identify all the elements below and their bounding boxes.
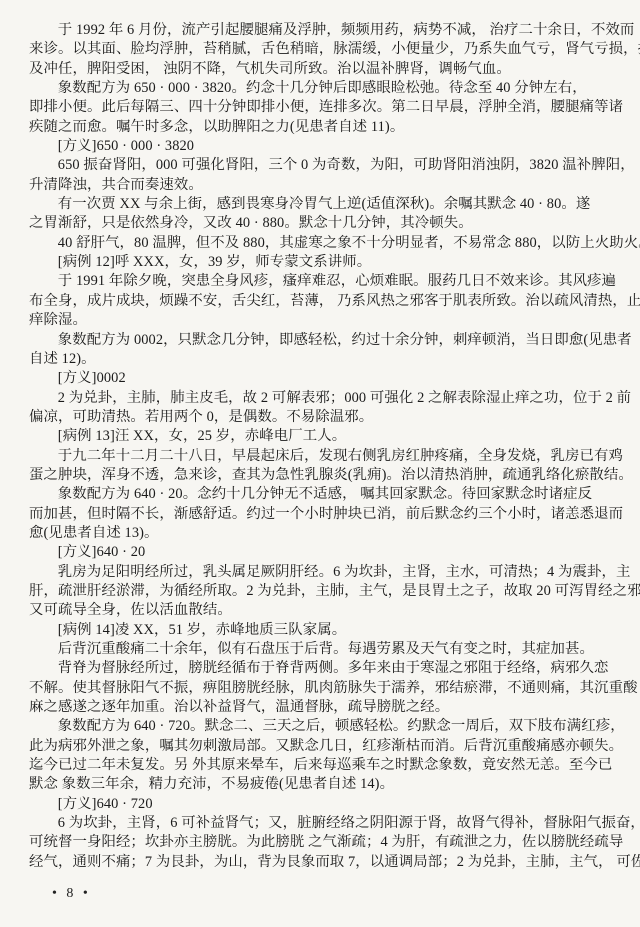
text-line: 之胃渐舒，只是依然身冷，又改 40 · 880。默念十几分钟，其冷顿失。: [29, 214, 619, 233]
text-line: 乳房为足阳明经所过，乳头属足厥阴肝经。6 为坎卦，主肾，主水，可清热；4 为震卦…: [29, 563, 619, 582]
text-line: [病例 13]汪 XX，女，25 岁，赤峰电厂工人。: [29, 427, 619, 446]
text-line: 又可疏导全身，佐以活血散结。: [29, 601, 619, 620]
text-line: 于九二年十二月二十八日，早晨起床后，发现右侧乳房红肿疼痛，全身发烧，乳房已有鸡: [29, 447, 619, 466]
text-line: 有一次贾 XX 与余上街，感到畏寒身冷胃气上逆(适值深秋)。余嘱其默念 40 ·…: [29, 195, 619, 214]
text-line: [方义]650 · 000 · 3820: [29, 137, 619, 156]
text-line: 象数配方为 640 · 720。默念二、三天之后，顿感轻松。约默念一周后，双下肢…: [29, 717, 619, 736]
text-line: 肝，疏泄肝经淤滞，为循经所取。2 为兑卦，主肺，主气，是艮胃土之子，故取 20 …: [29, 582, 619, 601]
text-line: 象数配方为 650 · 000 · 3820。约念十几分钟后即感眼睑松弛。待念至…: [29, 79, 619, 98]
text-line: 疾随之而愈。嘱午时多念，以助脾阳之力(见患者自述 11)。: [29, 118, 619, 137]
text-line: 背脊为督脉经所过，膀胱经循布于脊背两侧。多年来由于寒湿之邪阻于经络，病邪久恋: [29, 659, 619, 678]
text-line: 6 为坎卦，主肾，6 可补益肾气；又，脏腑经络之阴阳源于肾，故肾气得补，督脉阳气…: [29, 814, 619, 833]
scanned-book-page: 于 1992 年 6 月份，流产引起腰腿痛及浮肿，频频用药，病势不减， 治疗二十…: [0, 0, 640, 927]
text-line: 650 振奋肾阳，000 可强化肾阳，三个 0 为奇数，为阳，可助肾阳消浊阴，3…: [29, 156, 619, 175]
text-line: 而加甚，但时隔不长，渐感舒适。约过一个小时肿块已消，前后默念约三个小时，诸恙悉退…: [29, 505, 619, 524]
text-line: 愈(见患者自述 13)。: [29, 524, 619, 543]
text-line: [方义]0002: [29, 369, 619, 388]
page-number: • 8 •: [52, 886, 91, 902]
text-line: 象数配方为 0002，只默念几分钟，即感轻松，约过十余分钟，刺痒顿消，当日即愈(…: [29, 331, 619, 350]
text-line: 后背沉重酸痛二十余年，似有石盘压于后背。每遇劳累及天气有变之时，其症加甚。: [29, 640, 619, 659]
text-line: 偏凉，可助清热。若用两个 0，是偶数。不易除温邪。: [29, 408, 619, 427]
text-line: [病例 12]呼 XXX，女，39 岁，师专蒙文系讲师。: [29, 253, 619, 272]
text-line: 于 1991 年除夕晚，突患全身风疹，瘙痒难忍，心烦难眠。服药几日不效来诊。其风…: [29, 272, 619, 291]
text-line: 痒除湿。: [29, 311, 619, 330]
body-text: 于 1992 年 6 月份，流产引起腰腿痛及浮肿，频频用药，病势不减， 治疗二十…: [29, 21, 619, 872]
text-line: 麻之感遂之逐年加重。治以补益肾气，温通督脉，疏导膀胱之经。: [29, 698, 619, 717]
text-line: [方义]640 · 20: [29, 543, 619, 562]
text-line: 迄今已过二年未复发。另 外其原来晕车，后来每巡乘车之时默念象数，竟安然无恙。至今…: [29, 756, 619, 775]
text-line: 40 舒肝气，80 温脾，但不及 880，其虚寒之象不十分明显者，不易常念 88…: [29, 234, 619, 253]
text-line: 蛋之肿块，浑身不透，急来诊，查其为急性乳腺炎(乳痈)。治以清热消肿，疏通乳络化瘀…: [29, 466, 619, 485]
text-line: 来诊。以其面、脸均浮肿，苔稍腻，舌色稍暗，脉濡缓，小便量少，乃系失血气亏，肾气亏…: [29, 40, 619, 59]
text-line: 于 1992 年 6 月份，流产引起腰腿痛及浮肿，频频用药，病势不减， 治疗二十…: [29, 21, 619, 40]
text-line: [方义]640 · 720: [29, 795, 619, 814]
text-line: 自述 12)。: [29, 350, 619, 369]
text-line: 即排小便。此后每隔三、四十分钟即排小便，连排多次。第二日早晨，浮肿全消，腰腿痛等…: [29, 98, 619, 117]
text-line: 可统督一身阳经；坎卦亦主膀胱。为此膀胱 之气渐疏；4 为肝，有疏泄之力，佐以膀胱…: [29, 833, 619, 852]
text-line: [病例 14]凌 XX，51 岁，赤峰地质三队家属。: [29, 621, 619, 640]
text-line: 升清降浊，共合而奏速效。: [29, 176, 619, 195]
text-line: 此为病邪外泄之象，嘱其勿刺激局部。又默念几日，红疹渐枯而消。后背沉重酸痛感亦顿失…: [29, 737, 619, 756]
text-line: 象数配方为 640 · 20。念约十几分钟无不适感， 嘱其回家默念。待回家默念时…: [29, 485, 619, 504]
text-line: 默念 象数三年余，精力充沛，不易疲倦(见患者自述 14)。: [29, 775, 619, 794]
text-line: 及冲任，脾阳受困， 浊阴不降，气机失司所致。治以温补脾肾，调畅气血。: [29, 60, 619, 79]
text-line: 不解。使其督脉阳气不振，痹阻膀胱经脉，肌肉筋脉失于濡养，邪结瘀滞，不通则痛，其沉…: [29, 679, 619, 698]
text-line: 经气，通则不痛；7 为艮卦，为山，背为艮象而取 7，以通调局部；2 为兑卦，主肺…: [29, 853, 619, 872]
text-line: 2 为兑卦，主肺，肺主皮毛，故 2 可解表邪；000 可强化 2 之解表除湿止痒…: [29, 389, 619, 408]
text-line: 布全身，成片成块，烦躁不安，舌尖红，苔薄， 乃系风热之邪客于肌表所致。治以疏风清…: [29, 292, 619, 311]
